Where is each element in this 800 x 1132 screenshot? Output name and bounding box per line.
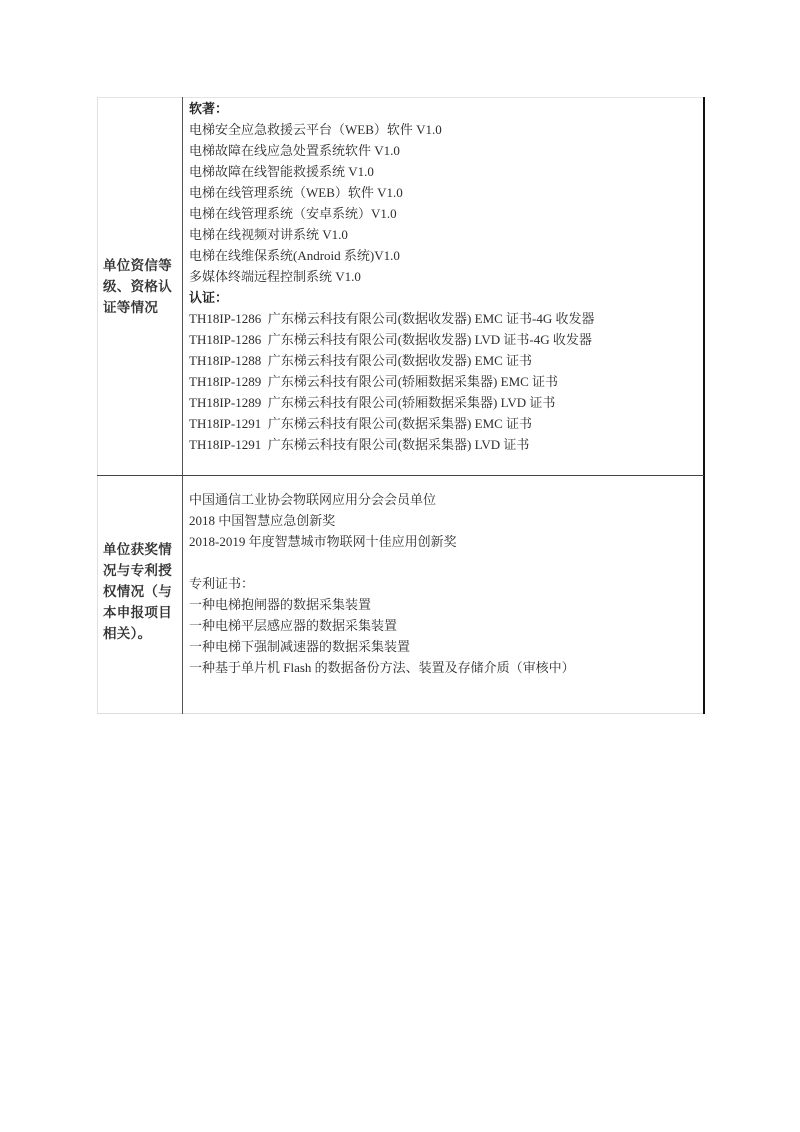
label-line: 本申报项目 (103, 603, 179, 624)
software-item: 电梯故障在线应急处置系统软件 V1.0 (189, 140, 699, 161)
awards-patents-content: 中国通信工业协会物联网应用分会会员单位 2018 中国智慧应急创新奖 2018-… (189, 489, 699, 678)
row-divider (97, 475, 704, 476)
document-page: 单位资信等 级、资格认 证等情况 软著： 电梯安全应急救援云平台（WEB）软件 … (0, 0, 800, 1132)
patent-item: 一种电梯下强制减速器的数据采集装置 (189, 636, 699, 657)
software-item: 电梯在线视频对讲系统 V1.0 (189, 224, 699, 245)
software-heading: 软著： (189, 98, 699, 119)
patent-item: 一种基于单片机 Flash 的数据备份方法、装置及存储介质（审核中） (189, 657, 699, 678)
row-label-awards-patents: 单位获奖情 况与专利授 权情况（与 本申报项目 相关）。 (103, 540, 179, 645)
cert-item: TH18IP-1286 广东梯云科技有限公司(数据收发器) LVD 证书-4G … (189, 329, 699, 350)
software-item: 多媒体终端远程控制系统 V1.0 (189, 266, 699, 287)
software-item: 电梯在线管理系统（WEB）软件 V1.0 (189, 182, 699, 203)
spacer (189, 552, 699, 573)
award-item: 2018-2019 年度智慧城市物联网十佳应用创新奖 (189, 531, 699, 552)
software-item: 电梯在线维保系统(Android 系统)V1.0 (189, 245, 699, 266)
cert-item: TH18IP-1289 广东梯云科技有限公司(轿厢数据采集器) LVD 证书 (189, 392, 699, 413)
row-label-qualifications: 单位资信等 级、资格认 证等情况 (103, 256, 179, 319)
award-item: 2018 中国智慧应急创新奖 (189, 510, 699, 531)
cert-item: TH18IP-1286 广东梯云科技有限公司(数据收发器) EMC 证书-4G … (189, 308, 699, 329)
table-right-border (703, 97, 705, 714)
cert-item: TH18IP-1289 广东梯云科技有限公司(轿厢数据采集器) EMC 证书 (189, 371, 699, 392)
label-line: 级、资格认 (103, 277, 179, 298)
patent-item: 一种电梯抱闸器的数据采集装置 (189, 594, 699, 615)
qualification-table: 单位资信等 级、资格认 证等情况 软著： 电梯安全应急救援云平台（WEB）软件 … (97, 97, 704, 714)
label-line: 况与专利授 (103, 561, 179, 582)
label-line: 单位资信等 (103, 256, 179, 277)
label-line: 单位获奖情 (103, 540, 179, 561)
cert-heading: 认证： (189, 287, 699, 308)
software-item: 电梯故障在线智能救援系统 V1.0 (189, 161, 699, 182)
label-line: 证等情况 (103, 298, 179, 319)
software-item: 电梯安全应急救援云平台（WEB）软件 V1.0 (189, 119, 699, 140)
label-line: 相关）。 (103, 624, 179, 645)
patent-item: 一种电梯平层感应器的数据采集装置 (189, 615, 699, 636)
cert-item: TH18IP-1291 广东梯云科技有限公司(数据采集器) EMC 证书 (189, 413, 699, 434)
cert-item: TH18IP-1288 广东梯云科技有限公司(数据收发器) EMC 证书 (189, 350, 699, 371)
label-line: 权情况（与 (103, 582, 179, 603)
table-left-border (97, 97, 98, 714)
column-divider (182, 97, 183, 714)
award-item: 中国通信工业协会物联网应用分会会员单位 (189, 489, 699, 510)
patent-heading: 专利证书： (189, 573, 699, 594)
qualifications-content: 软著： 电梯安全应急救援云平台（WEB）软件 V1.0 电梯故障在线应急处置系统… (189, 98, 699, 455)
software-item: 电梯在线管理系统（安卓系统）V1.0 (189, 203, 699, 224)
table-bottom-border (97, 713, 704, 714)
cert-item: TH18IP-1291 广东梯云科技有限公司(数据采集器) LVD 证书 (189, 434, 699, 455)
